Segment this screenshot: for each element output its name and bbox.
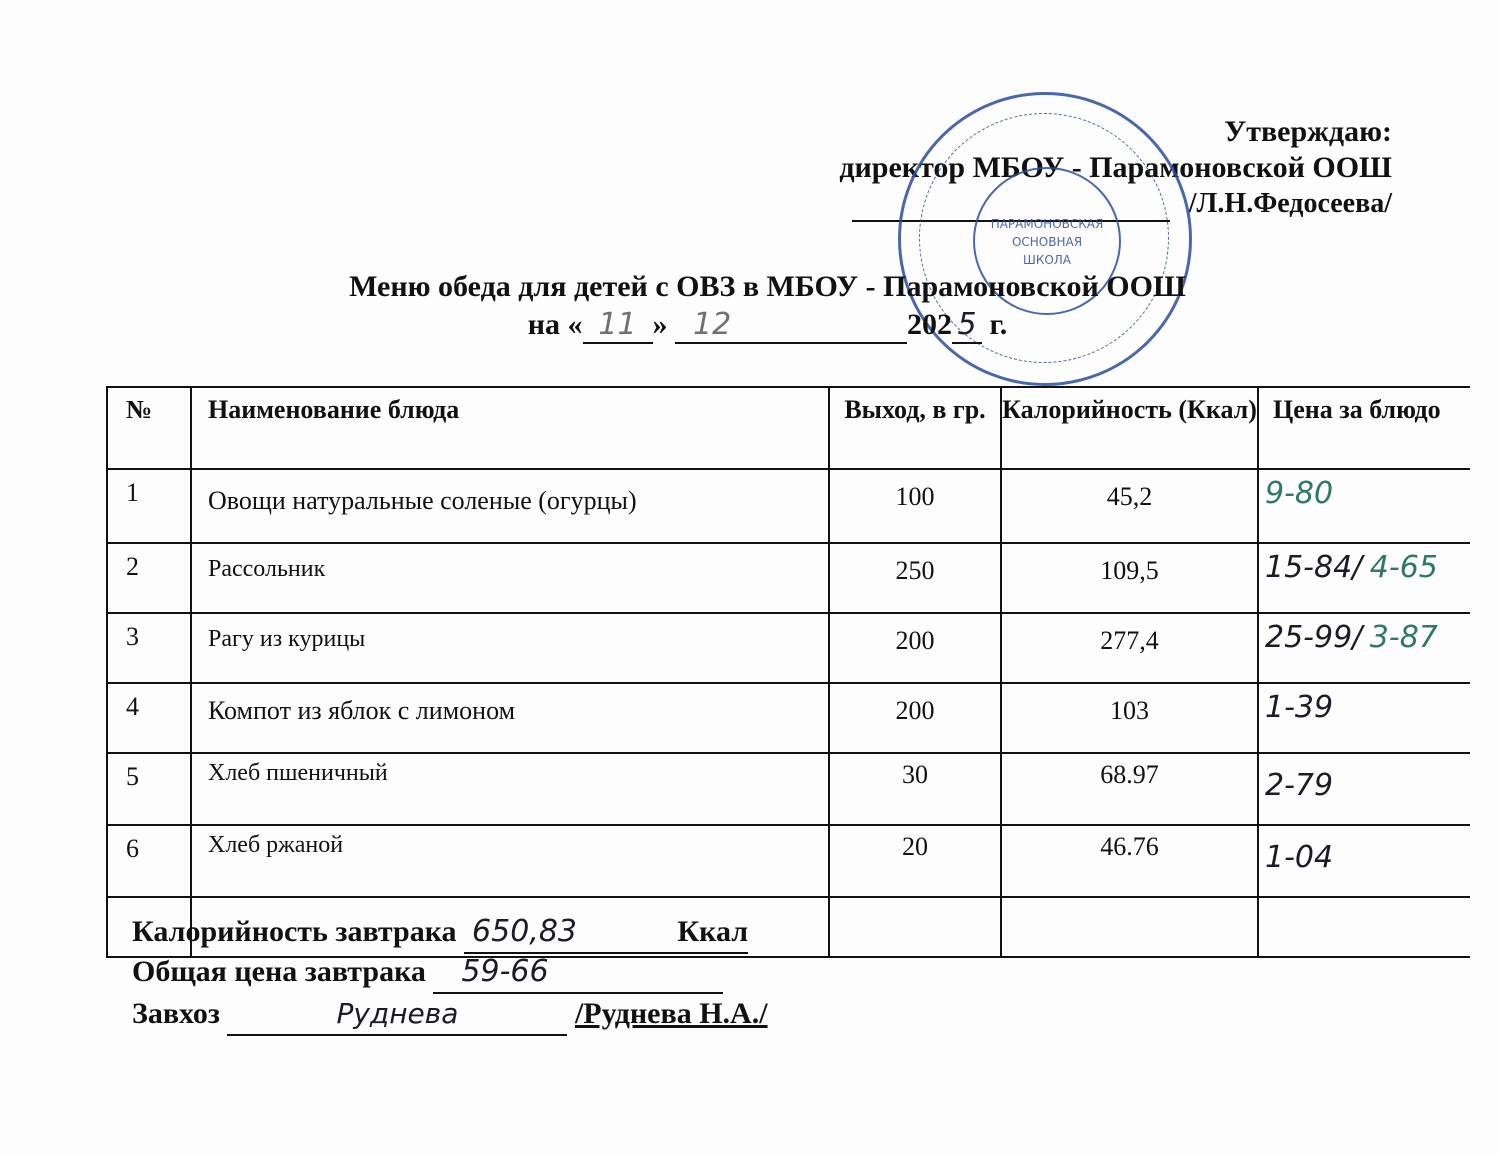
total-calories-unit: Ккал [677,912,748,952]
total-price: Общая цена завтрака 59-66 [132,952,723,994]
row-output: 100 [829,469,1001,543]
empty-cell [1001,897,1258,957]
row-calories: 46.76 [1001,825,1258,897]
row-no: 3 [107,613,191,683]
date-mid: » [653,308,668,341]
price-main: 1-04 [1265,840,1333,875]
header-no: № [107,387,191,469]
total-price-label: Общая цена завтрака [132,955,426,988]
table-row: 1 Овощи натуральные соленые (огурцы) 100… [107,469,1470,543]
manager-signature: Руднева [336,997,458,1030]
row-no: 2 [107,543,191,613]
table-header-row: № Наименование блюда Выход, в гр. Калори… [107,387,1470,469]
row-calories: 109,5 [1001,543,1258,613]
price-extra: 9-80 [1265,476,1333,511]
empty-cell [829,897,1001,957]
price-extra: 4-65 [1370,550,1438,585]
row-price: 1-04 [1258,825,1470,897]
stamp-center-line: ШКОЛА [975,251,1119,269]
menu-date: на «11» 122025 г. [0,308,1500,344]
price-main: 25-99/ [1265,620,1362,655]
row-calories: 103 [1001,683,1258,753]
price-main: 15-84/ [1265,550,1362,585]
header-calories: Калорийность (Ккал) [1001,387,1258,469]
price-extra: 3-87 [1370,620,1438,655]
table-row: 5 Хлеб пшеничный 30 68.97 2-79 [107,753,1470,825]
date-prefix: на « [528,308,583,341]
manager-signature-field: Руднева [227,994,567,1036]
manager: Завхоз Руднева /Руднева Н.А./ [132,994,768,1036]
header-price: Цена за блюдо [1258,387,1470,469]
page-title: Меню обеда для детей с ОВЗ в МБОУ - Пара… [0,270,1500,304]
day-value: 11 [598,307,636,342]
row-price: 9-80 [1258,469,1470,543]
row-price: 1-39 [1258,683,1470,753]
row-calories: 277,4 [1001,613,1258,683]
header-output: Выход, в гр. [829,387,1001,469]
menu-table: № Наименование блюда Выход, в гр. Калори… [106,386,1470,958]
row-name: Овощи натуральные соленые (огурцы) [191,469,829,543]
row-no: 5 [107,753,191,825]
price-main: 2-79 [1265,768,1333,803]
row-name: Хлеб пшеничный [191,753,829,825]
row-calories: 45,2 [1001,469,1258,543]
row-output: 200 [829,613,1001,683]
row-output: 250 [829,543,1001,613]
year-field: 5 [952,308,982,344]
year-prefix: 202 [907,308,952,341]
total-price-field: 59-66 [433,952,723,994]
row-output: 200 [829,683,1001,753]
row-output: 20 [829,825,1001,897]
row-no: 4 [107,683,191,753]
total-calories: Калорийность завтрака 650,83Ккал [132,912,748,954]
stamp-center-line: ПАРАМОНОВСКАЯ [975,215,1119,233]
table-row: 4 Компот из яблок с лимоном 200 103 1-39 [107,683,1470,753]
manager-label: Завхоз [132,997,220,1030]
row-calories: 68.97 [1001,753,1258,825]
header-name: Наименование блюда [191,387,829,469]
row-name: Рагу из курицы [191,613,829,683]
approval-heading: Утверждаю: [1224,114,1392,150]
total-calories-label: Калорийность завтрака [132,915,457,948]
month-value: 12 [675,307,731,342]
row-name: Компот из яблок с лимоном [191,683,829,753]
table-row: 3 Рагу из курицы 200 277,4 25-99/ 3-87 [107,613,1470,683]
year-suffix: г. [990,308,1008,341]
manager-name: /Руднева Н.А./ [575,997,768,1030]
row-output: 30 [829,753,1001,825]
director-signature-line [852,220,1170,222]
approval-director: директор МБОУ - Парамоновской ООШ [839,150,1392,186]
price-main: 1-39 [1265,690,1333,725]
month-field: 12 [675,308,907,344]
table-row: 2 Рассольник 250 109,5 15-84/ 4-65 [107,543,1470,613]
total-price-value: 59-66 [433,954,548,989]
row-price: 15-84/ 4-65 [1258,543,1470,613]
empty-cell [1258,897,1470,957]
row-name: Хлеб ржаной [191,825,829,897]
approval-director-name: /Л.Н.Федосеева/ [1189,186,1392,222]
total-calories-value: 650,83 [464,914,577,949]
row-name: Рассольник [191,543,829,613]
row-no: 1 [107,469,191,543]
row-no: 6 [107,825,191,897]
row-price: 2-79 [1258,753,1470,825]
stamp-center-line: ОСНОВНАЯ [975,233,1119,251]
year-value: 5 [957,307,976,342]
row-price: 25-99/ 3-87 [1258,613,1470,683]
table-row: 6 Хлеб ржаной 20 46.76 1-04 [107,825,1470,897]
day-field: 11 [583,308,653,344]
total-calories-field: 650,83Ккал [464,912,748,954]
